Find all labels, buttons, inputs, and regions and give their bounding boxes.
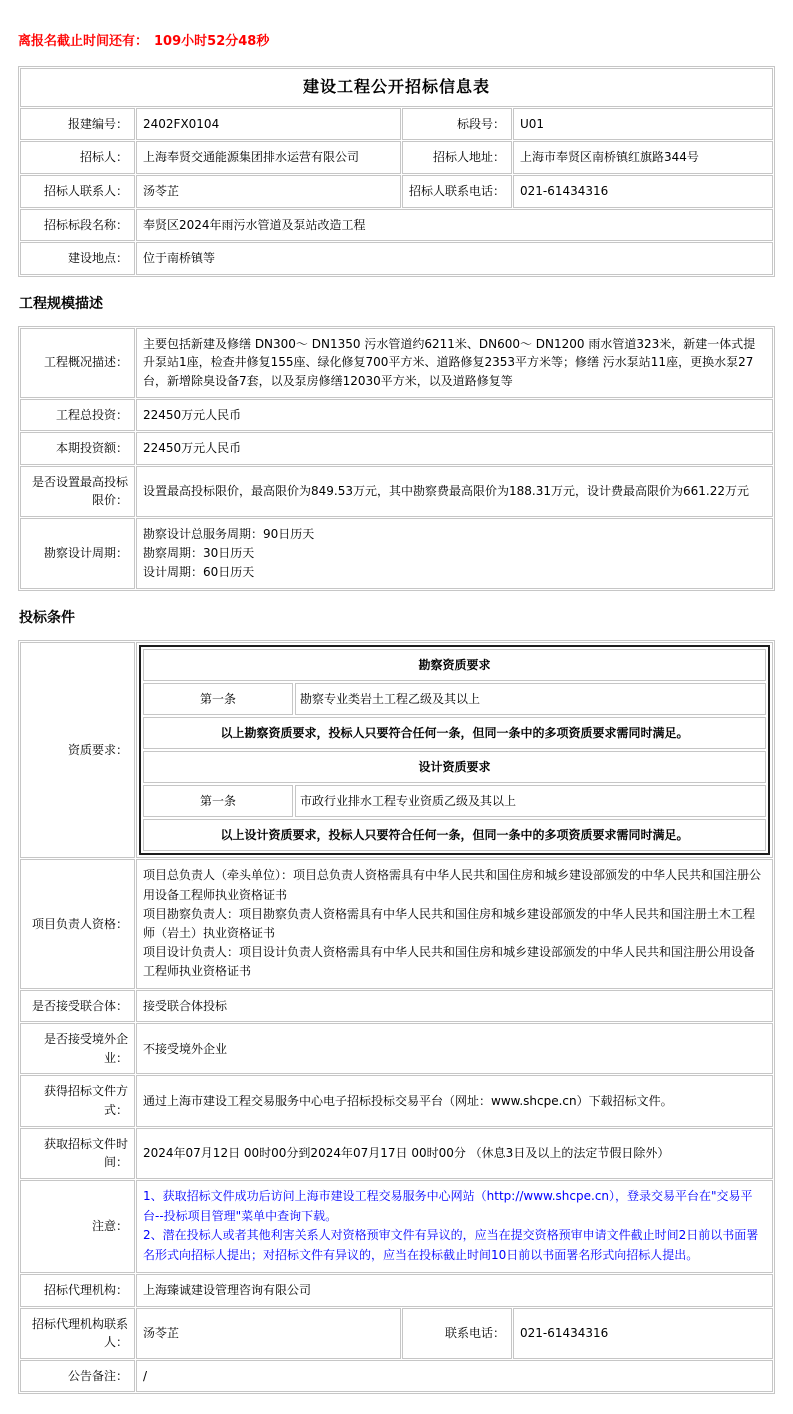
doc-method-label: 获得招标文件方式： — [20, 1075, 135, 1126]
contact-phone-value: 021-61434316 — [513, 175, 773, 208]
agency-contact-label: 招标代理机构联系人： — [20, 1308, 135, 1359]
table-row: 项目负责人资格： 项目总负责人（牵头单位）：项目总负责人资格需具有中华人民共和国… — [20, 859, 773, 988]
table-row: 招标代理机构： 上海臻诚建设管理咨询有限公司 — [20, 1274, 773, 1307]
conditions-table: 资质要求： 勘察资质要求 第一条 勘察专业类岩土工程乙级及其以上 以上勘察资质要… — [18, 640, 775, 1394]
survey-item-no: 第一条 — [143, 683, 293, 715]
qualification-value: 勘察资质要求 第一条 勘察专业类岩土工程乙级及其以上 以上勘察资质要求，投标人只… — [136, 642, 773, 858]
tender-announcement-page: 离报名截止时间还有：109小时52分48秒 建设工程公开招标信息表 报建编号： … — [0, 0, 793, 1414]
table-row: 本期投资额： 22450万元人民币 — [20, 432, 773, 465]
contact-value: 汤苓芷 — [136, 175, 401, 208]
basic-info-table: 建设工程公开招标信息表 报建编号： 2402FX0104 标段号： U01 招标… — [18, 66, 775, 277]
period-line-survey: 勘察周期：30日历天 — [143, 544, 766, 563]
remark-label: 公告备注： — [20, 1360, 135, 1393]
table-row: 注意： 1、获取招标文件成功后访问上海市建设工程交易服务中心网站（http://… — [20, 1180, 773, 1273]
remark-value: / — [136, 1360, 773, 1393]
agency-contact-value: 汤苓芷 — [136, 1308, 401, 1359]
overseas-label: 是否接受境外企业： — [20, 1023, 135, 1074]
period-value: 勘察设计总服务周期：90日历天 勘察周期：30日历天 设计周期：60日历天 — [136, 518, 773, 590]
qualification-nested-table: 勘察资质要求 第一条 勘察专业类岩土工程乙级及其以上 以上勘察资质要求，投标人只… — [139, 645, 770, 855]
table-row: 招标标段名称： 奉贤区2024年雨污水管道及泵站改造工程 — [20, 209, 773, 242]
price-cap-label: 是否设置最高投标限价： — [20, 466, 135, 517]
notice-label: 注意： — [20, 1180, 135, 1273]
design-qual-header: 设计资质要求 — [143, 751, 766, 783]
table-row: 工程总投资： 22450万元人民币 — [20, 399, 773, 432]
tenderee-addr-value: 上海市奉贤区南桥镇红旗路344号 — [513, 141, 773, 174]
reg-no-value: 2402FX0104 — [136, 108, 401, 141]
table-row: 资质要求： 勘察资质要求 第一条 勘察专业类岩土工程乙级及其以上 以上勘察资质要… — [20, 642, 773, 858]
leader-line-chief: 项目总负责人（牵头单位）：项目总负责人资格需具有中华人民共和国住房和城乡建设部颁… — [143, 866, 766, 904]
notice-line-1: 1、获取招标文件成功后访问上海市建设工程交易服务中心网站（http://www.… — [143, 1187, 766, 1227]
section-no-label: 标段号： — [402, 108, 512, 141]
notice-value: 1、获取招标文件成功后访问上海市建设工程交易服务中心网站（http://www.… — [136, 1180, 773, 1273]
table-row: 招标代理机构联系人： 汤苓芷 联系电话： 021-61434316 — [20, 1308, 773, 1359]
section-no-value: U01 — [513, 108, 773, 141]
table-row: 工程概况描述： 主要包括新建及修缮 DN300～ DN1350 污水管道约621… — [20, 328, 773, 398]
countdown-value: 109小时52分48秒 — [154, 34, 269, 49]
period-line-total: 勘察设计总服务周期：90日历天 — [143, 525, 766, 544]
table-row: 招标人： 上海奉贤交通能源集团排水运营有限公司 招标人地址： 上海市奉贤区南桥镇… — [20, 141, 773, 174]
registration-countdown: 离报名截止时间还有：109小时52分48秒 — [18, 30, 775, 49]
scale-section-heading: 工程规模描述 — [19, 293, 775, 313]
doc-method-value: 通过上海市建设工程交易服务中心电子招标投标交易平台（网址：www.shcpe.c… — [136, 1075, 773, 1126]
tenderee-label: 招标人： — [20, 141, 135, 174]
price-cap-value: 设置最高投标限价，最高限价为849.53万元，其中勘察费最高限价为188.31万… — [136, 466, 773, 517]
section-name-value: 奉贤区2024年雨污水管道及泵站改造工程 — [136, 209, 773, 242]
table-row: 建设地点： 位于南桥镇等 — [20, 242, 773, 275]
qualification-label: 资质要求： — [20, 642, 135, 858]
conditions-section-heading: 投标条件 — [19, 607, 775, 627]
reg-no-label: 报建编号： — [20, 108, 135, 141]
leader-line-survey: 项目勘察负责人：项目勘察负责人资格需具有中华人民共和国住房和城乡建设部颁发的中华… — [143, 905, 766, 943]
agency-value: 上海臻诚建设管理咨询有限公司 — [136, 1274, 773, 1307]
agency-label: 招标代理机构： — [20, 1274, 135, 1307]
countdown-label: 离报名截止时间还有： — [18, 34, 148, 49]
tenderee-addr-label: 招标人地址： — [402, 141, 512, 174]
table-row: 招标人联系人： 汤苓芷 招标人联系电话： 021-61434316 — [20, 175, 773, 208]
table-row: 获取招标文件时间： 2024年07月12日 00时00分到2024年07月17日… — [20, 1128, 773, 1179]
tenderee-value: 上海奉贤交通能源集团排水运营有限公司 — [136, 141, 401, 174]
overview-value: 主要包括新建及修缮 DN300～ DN1350 污水管道约6211米、DN600… — [136, 328, 773, 398]
current-invest-label: 本期投资额： — [20, 432, 135, 465]
doc-time-value: 2024年07月12日 00时00分到2024年07月17日 00时00分 （休… — [136, 1128, 773, 1179]
table-row: 是否接受联合体： 接受联合体投标 — [20, 990, 773, 1023]
overview-label: 工程概况描述： — [20, 328, 135, 398]
agency-phone-value: 021-61434316 — [513, 1308, 773, 1359]
table-row: 报建编号： 2402FX0104 标段号： U01 — [20, 108, 773, 141]
leader-value: 项目总负责人（牵头单位）：项目总负责人资格需具有中华人民共和国住房和城乡建设部颁… — [136, 859, 773, 988]
design-qual-note: 以上设计资质要求，投标人只要符合任何一条，但同一条中的多项资质要求需同时满足。 — [143, 819, 766, 851]
table-row: 是否设置最高投标限价： 设置最高投标限价，最高限价为849.53万元，其中勘察费… — [20, 466, 773, 517]
table-row: 获得招标文件方式： 通过上海市建设工程交易服务中心电子招标投标交易平台（网址：w… — [20, 1075, 773, 1126]
page-title: 建设工程公开招标信息表 — [20, 68, 773, 107]
leader-label: 项目负责人资格： — [20, 859, 135, 988]
site-label: 建设地点： — [20, 242, 135, 275]
consortium-label: 是否接受联合体： — [20, 990, 135, 1023]
contact-phone-label: 招标人联系电话： — [402, 175, 512, 208]
overseas-value: 不接受境外企业 — [136, 1023, 773, 1074]
total-invest-label: 工程总投资： — [20, 399, 135, 432]
notice-line-2: 2、潜在投标人或者其他利害关系人对资格预审文件有异议的，应当在提交资格预审申请文… — [143, 1226, 766, 1266]
contact-label: 招标人联系人： — [20, 175, 135, 208]
consortium-value: 接受联合体投标 — [136, 990, 773, 1023]
site-value: 位于南桥镇等 — [136, 242, 773, 275]
doc-time-label: 获取招标文件时间： — [20, 1128, 135, 1179]
table-row: 公告备注： / — [20, 1360, 773, 1393]
table-row: 第一条 市政行业排水工程专业资质乙级及其以上 — [143, 785, 766, 817]
survey-qual-header: 勘察资质要求 — [143, 649, 766, 681]
current-invest-value: 22450万元人民币 — [136, 432, 773, 465]
scale-table: 工程概况描述： 主要包括新建及修缮 DN300～ DN1350 污水管道约621… — [18, 326, 775, 592]
period-label: 勘察设计周期： — [20, 518, 135, 590]
design-item-text: 市政行业排水工程专业资质乙级及其以上 — [295, 785, 766, 817]
survey-item-text: 勘察专业类岩土工程乙级及其以上 — [295, 683, 766, 715]
survey-qual-note: 以上勘察资质要求，投标人只要符合任何一条，但同一条中的多项资质要求需同时满足。 — [143, 717, 766, 749]
table-row: 第一条 勘察专业类岩土工程乙级及其以上 — [143, 683, 766, 715]
section-name-label: 招标标段名称： — [20, 209, 135, 242]
period-line-design: 设计周期：60日历天 — [143, 563, 766, 582]
table-row: 是否接受境外企业： 不接受境外企业 — [20, 1023, 773, 1074]
agency-phone-label: 联系电话： — [402, 1308, 512, 1359]
table-row: 勘察设计周期： 勘察设计总服务周期：90日历天 勘察周期：30日历天 设计周期：… — [20, 518, 773, 590]
design-item-no: 第一条 — [143, 785, 293, 817]
total-invest-value: 22450万元人民币 — [136, 399, 773, 432]
leader-line-design: 项目设计负责人：项目设计负责人资格需具有中华人民共和国住房和城乡建设部颁发的中华… — [143, 943, 766, 981]
